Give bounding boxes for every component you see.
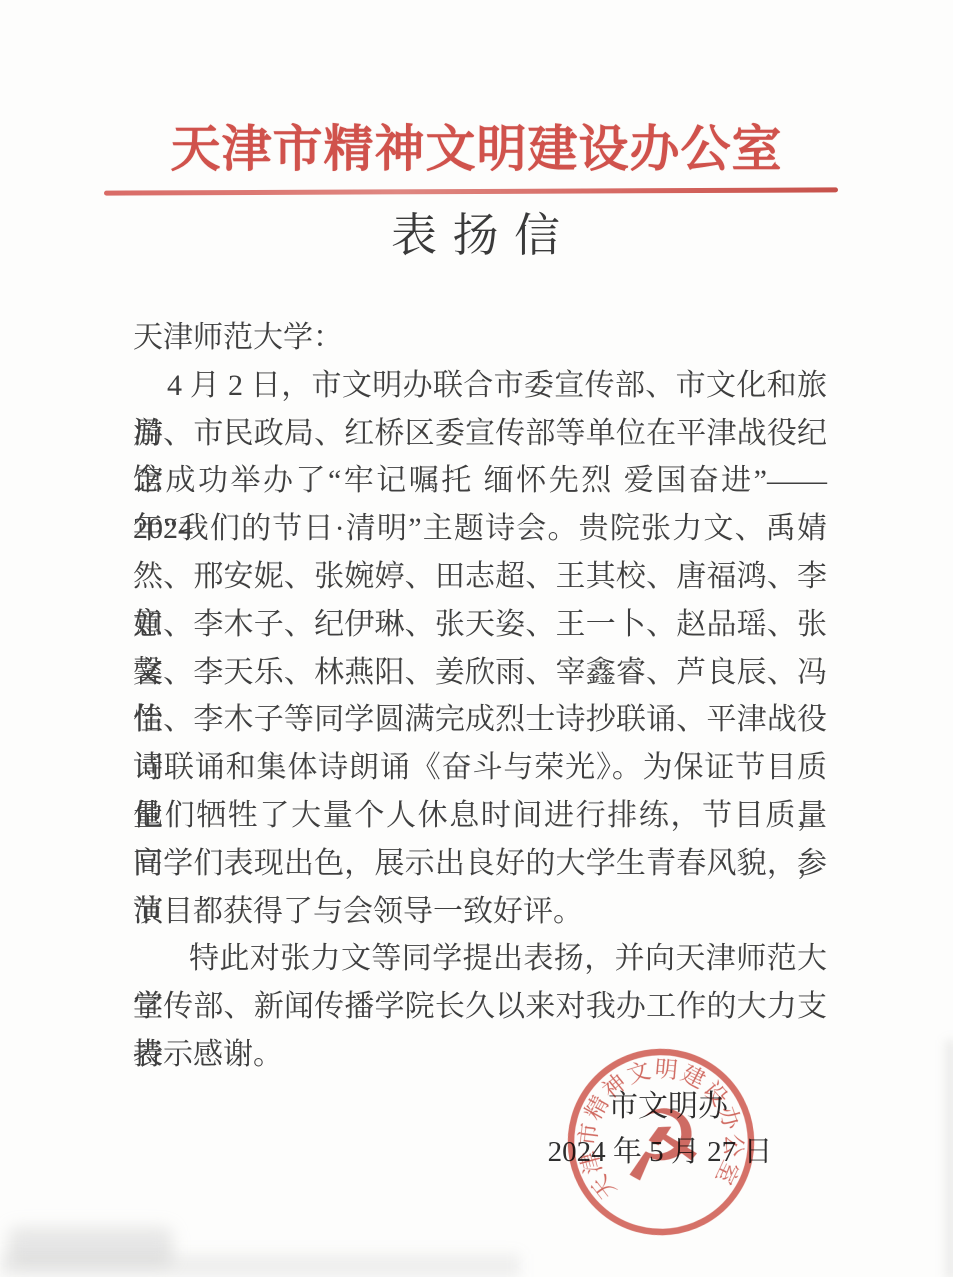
hammer-and-sickle-icon: ☭ xyxy=(613,1087,709,1205)
letterhead-org-name: 天津市精神文明建设办公室 xyxy=(0,124,953,174)
letterhead-divider-line xyxy=(104,187,838,195)
official-seal-stamp: 天津市精神文明建设办公室 ☭ xyxy=(551,1032,771,1252)
body-line: 节目都获得了与会领导一致好评。 xyxy=(133,888,827,936)
letter-title: 表 扬 信 xyxy=(0,213,953,259)
body-line: 文、李天乐、林燕阳、姜欣雨、宰鑫睿、芦良辰、冯佳 xyxy=(133,649,827,697)
body-line: 局、市民政局、红桥区委宣传部等单位在平津战役纪念 xyxy=(133,410,827,458)
body-line: 他们牺牲了大量个人休息时间进行排练，节目质量高， xyxy=(133,792,827,840)
scan-shadow-bottom xyxy=(0,1254,520,1277)
scan-shadow-right xyxy=(945,1040,953,1277)
letter-body: 天津师范大学： 4 月 2 日，市文明办联合市委宣传部、市文化和旅游 局、市民政… xyxy=(133,314,827,1079)
body-line: 年“我们的节日·清明”主题诗会。贵院张力文、禹婧 xyxy=(133,505,827,553)
body-line: 4 月 2 日，市文明办联合市委宣传部、市文化和旅游 xyxy=(133,362,827,410)
body-line: 词联诵和集体诗朗诵《奋斗与荣光》。为保证节目质量， xyxy=(133,744,827,792)
commendation-letter-page: 天津市精神文明建设办公室 表 扬 信 天津师范大学： 4 月 2 日，市文明办联… xyxy=(0,0,953,1277)
body-line: 同学们表现出色，展示出良好的大学生青春风貌，参演 xyxy=(133,840,827,888)
body-line: 然、邢安妮、张婉婷、田志超、王其校、唐福鸿、李如 xyxy=(133,553,827,601)
body-line: 特此对张力文等同学提出表扬，并向天津师范大学 xyxy=(133,935,827,983)
salutation-line: 天津师范大学： xyxy=(133,314,827,362)
body-line: 意、李木子、纪伊琳、张天姿、王一卜、赵品瑶、张馨 xyxy=(133,601,827,649)
body-line: 怡、李木子等同学圆满完成烈士诗抄联诵、平津战役诗 xyxy=(133,696,827,744)
body-line: 馆成功举办了“牢记嘱托 缅怀先烈 爱国奋进”——2024 xyxy=(133,457,827,505)
body-line: 宣传部、新闻传播学院长久以来对我办工作的大力支持 xyxy=(133,983,827,1031)
